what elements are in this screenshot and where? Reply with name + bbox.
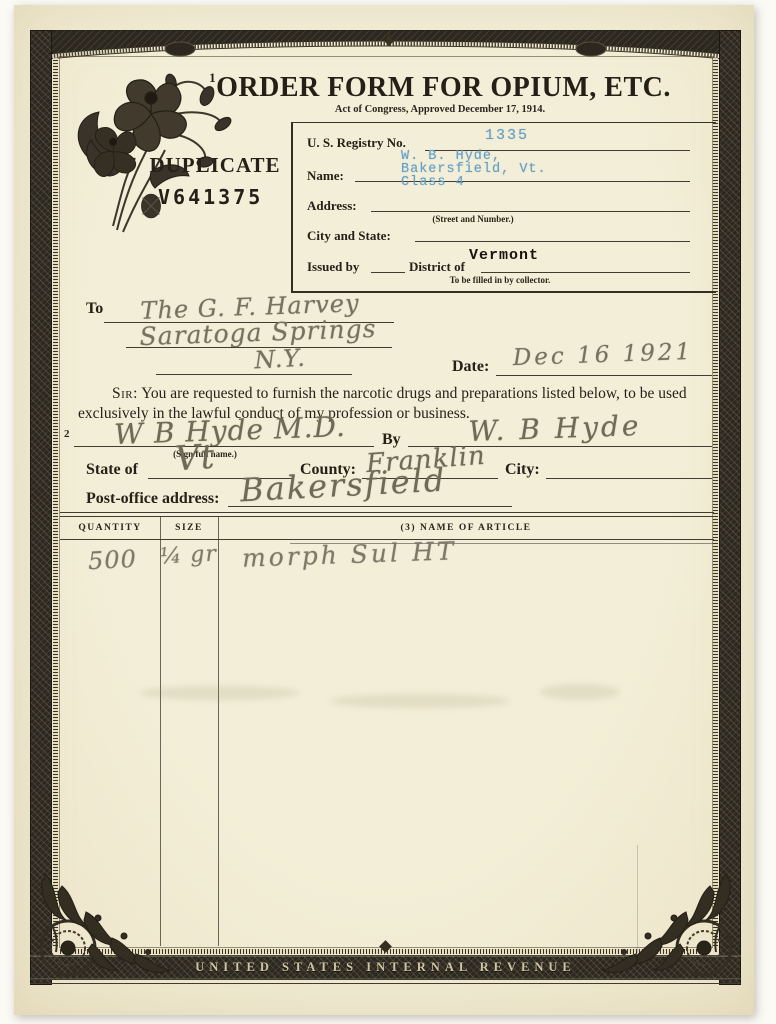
district-label: District of: [409, 259, 465, 275]
form-title: 1ORDER FORM FOR OPIUM, ETC.: [205, 70, 675, 104]
po-address-label: Post-office address:: [86, 490, 219, 508]
address-label: Address:: [307, 198, 357, 214]
district-line: [481, 272, 690, 273]
copy-type-label: DUPLICATE: [145, 153, 285, 178]
table-top-rule-1: [60, 512, 714, 513]
date-label: Date:: [452, 358, 489, 376]
signature-footnote-marker: 2: [64, 428, 70, 440]
paper-crease: [637, 845, 638, 953]
city-state-line: [415, 241, 690, 242]
address-hint: (Street and Number.): [393, 214, 553, 224]
address-line: [371, 211, 690, 212]
border-left-band: [30, 30, 52, 985]
city-label: City:: [505, 461, 540, 479]
registry-number-stamp: 1335: [485, 129, 529, 142]
table-column-line-2: [218, 516, 219, 946]
serial-number: V641375: [158, 185, 263, 209]
salutation: Sir:: [112, 385, 138, 402]
city-state-label: City and State:: [307, 228, 391, 244]
form-subtitle: Act of Congress, Approved December 17, 1…: [205, 104, 675, 115]
state-handwriting: Vt: [174, 437, 217, 480]
state-of-label: State of: [86, 461, 138, 479]
scanned-order-form: UNITED STATES INTERNAL REVENUE: [0, 0, 776, 1024]
name-label: Name:: [307, 168, 344, 184]
table-column-line-1: [160, 516, 161, 946]
to-line-3: [156, 374, 352, 375]
stamp-line-3: Class 4: [401, 176, 547, 189]
size-header: SIZE: [160, 523, 218, 533]
article-header: (3) NAME OF ARTICLE: [218, 523, 714, 533]
collector-note: To be filled in by collector.: [390, 275, 610, 285]
erased-pencil-marks: [140, 686, 300, 700]
quantity-header: QUANTITY: [60, 523, 160, 533]
to-label: To: [86, 300, 103, 318]
date-line: [496, 375, 712, 376]
name-address-stamp: W. B. Hyde, Bakersfield, Vt. Class 4: [401, 150, 547, 189]
registry-label: U. S. Registry No.: [307, 135, 406, 151]
table-top-rule-2: [60, 516, 714, 517]
row-quantity-handwriting: 500: [87, 545, 137, 576]
city-line: [546, 478, 712, 479]
border-right-band: [719, 30, 741, 985]
district-value-typed: Vermont: [469, 247, 539, 264]
erased-pencil-marks: [540, 684, 620, 700]
erased-pencil-marks: [330, 694, 510, 708]
po-address-line: [228, 506, 512, 507]
issued-by-line: [371, 272, 405, 273]
signature-line: [74, 446, 374, 447]
floral-corner-left-icon: [28, 860, 180, 984]
row-size-handwriting: ¼ gr: [159, 542, 217, 570]
floral-corner-right-icon: [592, 860, 744, 984]
registry-box: U. S. Registry No. 1335 Name: W. B. Hyde…: [291, 122, 716, 293]
issued-by-label: Issued by: [307, 259, 359, 275]
